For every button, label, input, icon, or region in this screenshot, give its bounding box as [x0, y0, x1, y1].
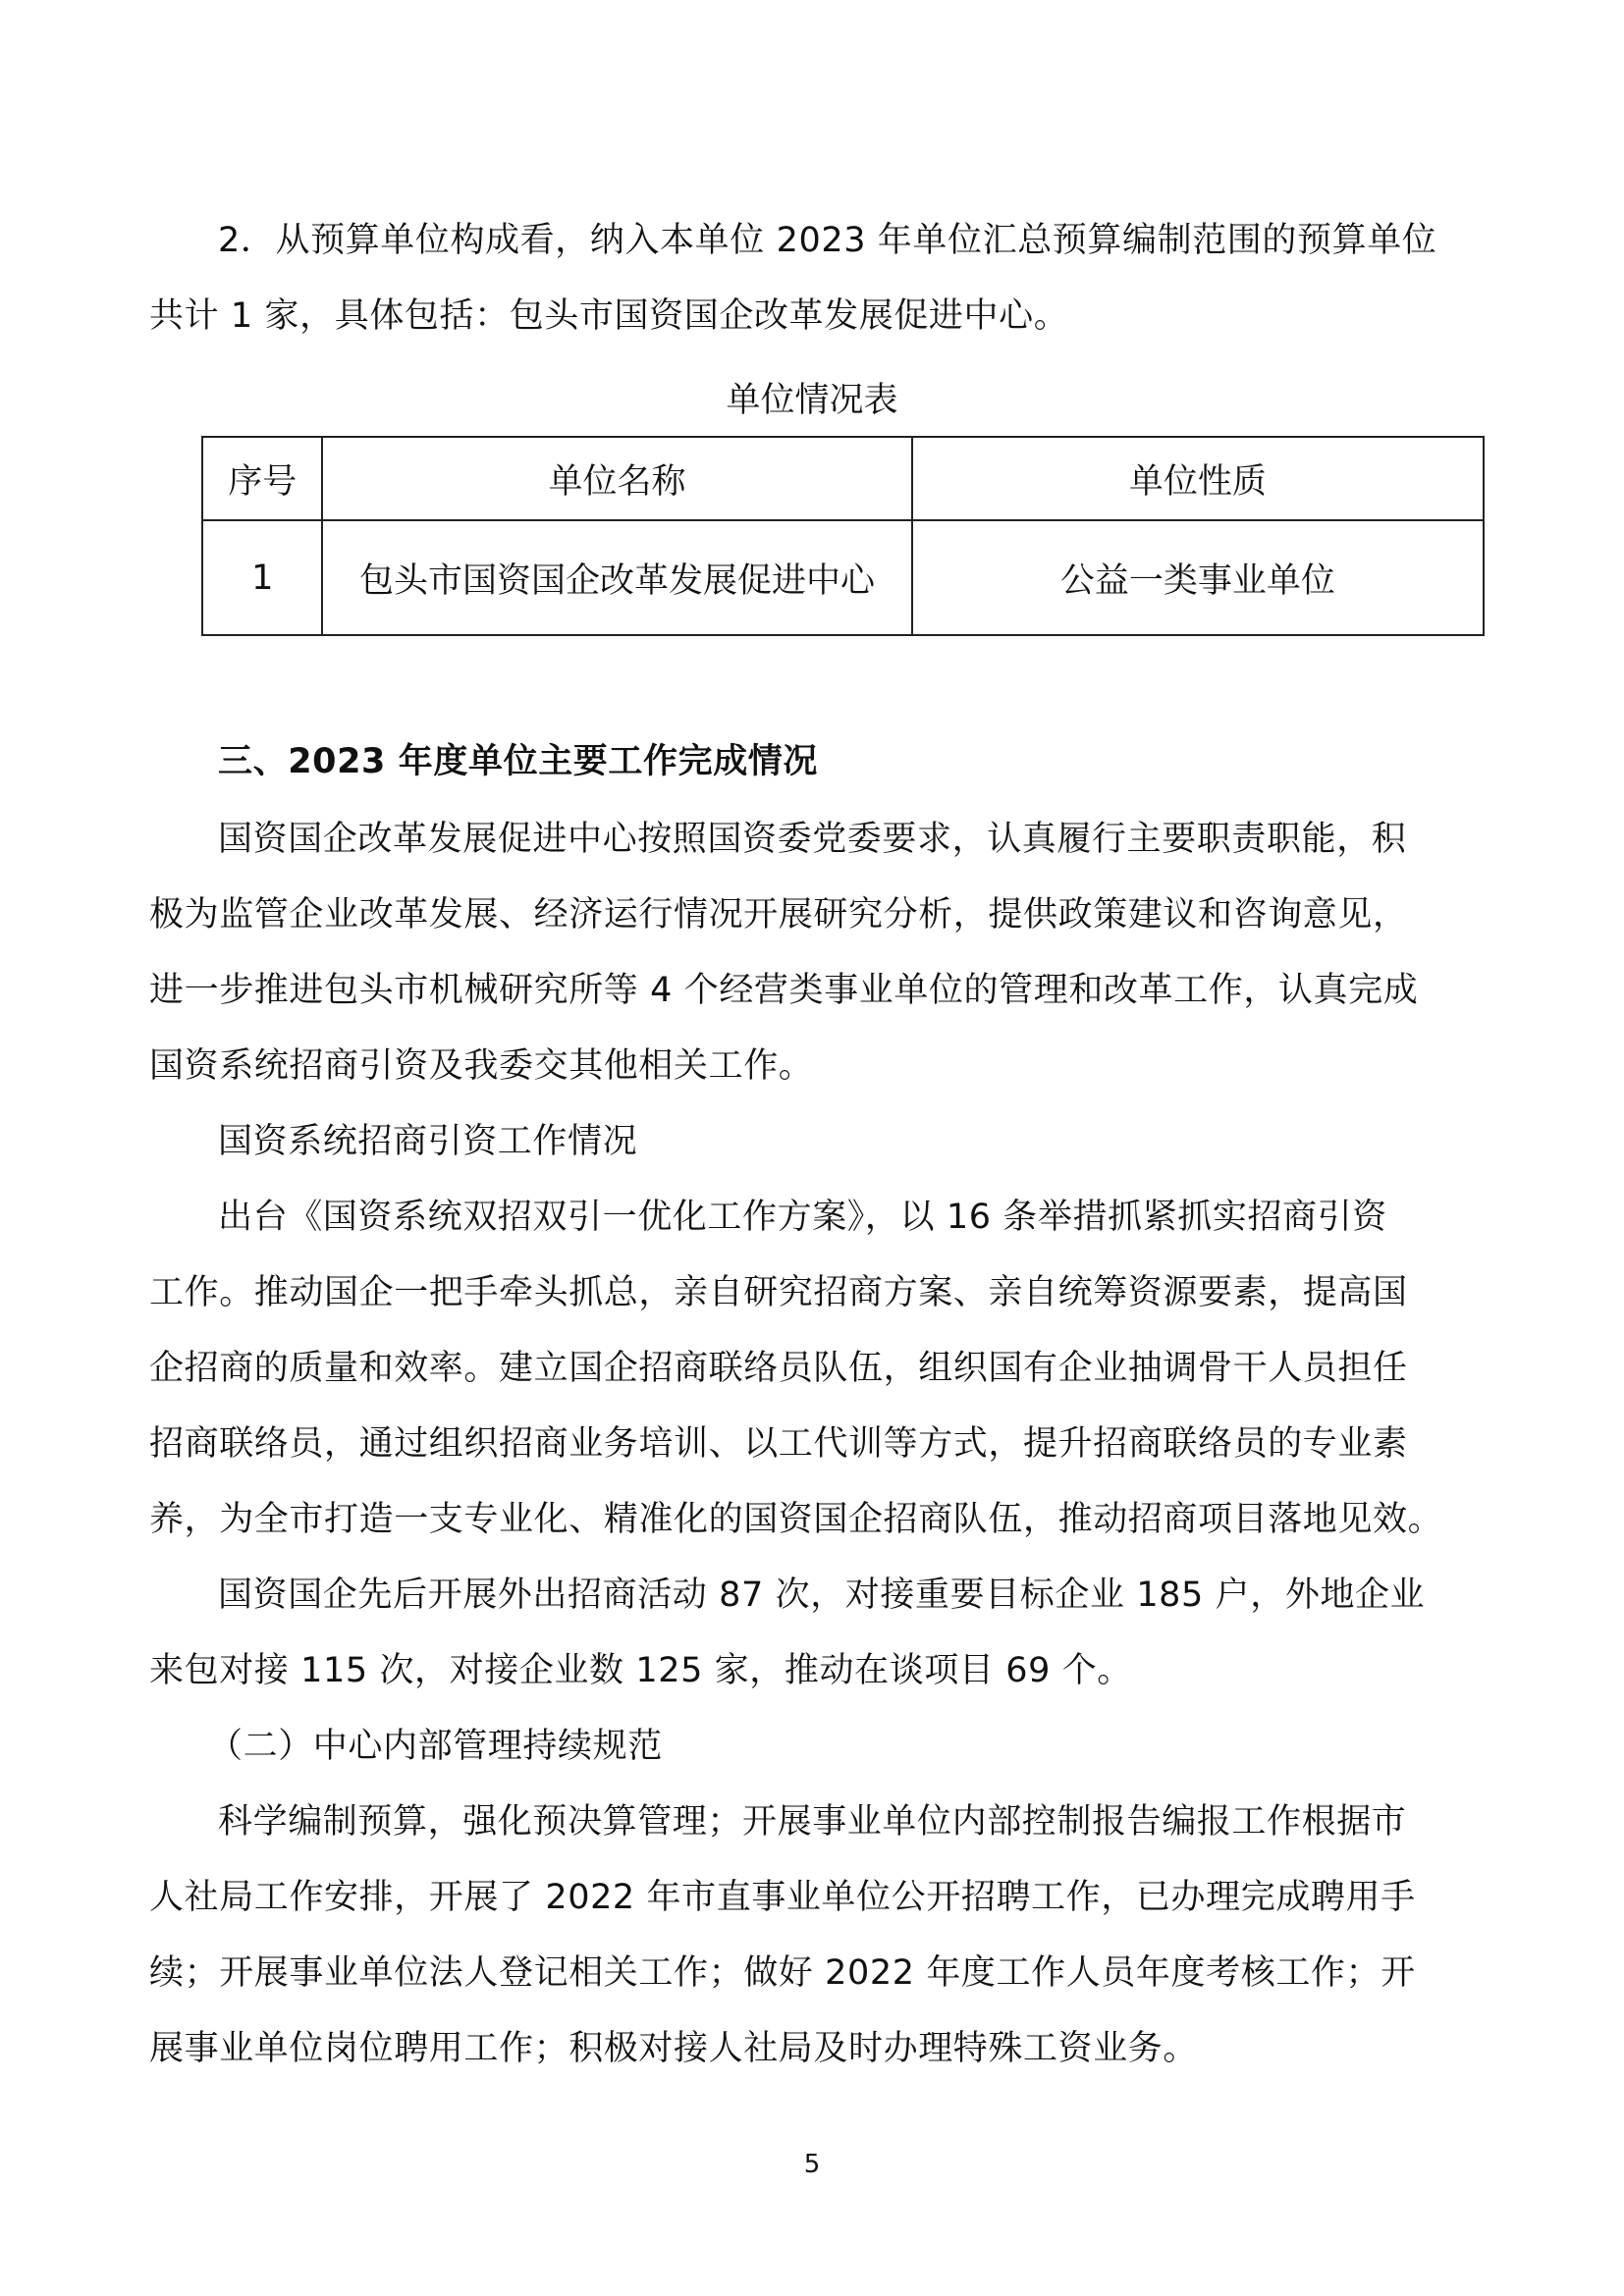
cell-unit-name: 包头市国资国企改革发展促进中心: [322, 520, 911, 635]
header-unit-name: 单位名称: [322, 437, 911, 520]
header-unit-nature: 单位性质: [912, 437, 1484, 520]
paragraph-line: 人社局工作安排，开展了 2022 年市直事业单位公开招聘工作，已办理完成聘用手: [149, 1878, 1485, 1917]
document-page: 2．从预算单位构成看，纳入本单位 2023 年单位汇总预算编制范围的预算单位 共…: [0, 0, 1624, 2296]
paragraph-line: 招商联络员，通过组织招商业务培训、以工代训等方式，提升招商联络员的专业素: [149, 1424, 1485, 1464]
paragraph-line: 科学编制预算，强化预决算管理；开展事业单位内部控制报告编报工作根据市: [218, 1802, 1553, 1842]
unit-info-table: 序号 单位名称 单位性质 1 包头市国资国企改革发展促进中心 公益一类事业单位: [201, 436, 1485, 636]
paragraph-line: 极为监管企业改革发展、经济运行情况开展研究分析，提供政策建议和咨询意见，: [149, 895, 1485, 934]
paragraph-line: 国资国企改革发展促进中心按照国资委党委要求，认真履行主要职责职能，积: [218, 820, 1553, 859]
section-heading: 三、2023 年度单位主要工作完成情况: [218, 742, 1553, 781]
table-header-row: 序号 单位名称 单位性质: [202, 437, 1484, 520]
paragraph-line: 展事业单位岗位聘用工作；积极对接人社局及时办理特殊工资业务。: [149, 2029, 1485, 2068]
subsection-title: 国资系统招商引资工作情况: [218, 1122, 1553, 1161]
paragraph-line: 2．从预算单位构成看，纳入本单位 2023 年单位汇总预算编制范围的预算单位: [218, 221, 1553, 260]
paragraph-line: 国资国企先后开展外出招商活动 87 次，对接重要目标企业 185 户，外地企业: [218, 1575, 1553, 1615]
paragraph-line: 来包对接 115 次，对接企业数 125 家，推动在谈项目 69 个。: [149, 1651, 1485, 1690]
cell-serial-number: 1: [202, 520, 322, 635]
paragraph-line: 企招商的质量和效率。建立国企招商联络员队伍，组织国有企业抽调骨干人员担任: [149, 1349, 1485, 1388]
paragraph-line: 养，为全市打造一支专业化、精准化的国资国企招商队伍，推动招商项目落地见效。: [149, 1500, 1485, 1539]
subsection-title: （二）中心内部管理持续规范: [208, 1727, 1543, 1766]
paragraph-line: 共计 1 家，具体包括：包头市国资国企改革发展促进中心。: [149, 296, 1485, 336]
table-caption: 单位情况表: [0, 381, 1624, 420]
table-row: 1 包头市国资国企改革发展促进中心 公益一类事业单位: [202, 520, 1484, 635]
page-number: 5: [0, 2150, 1624, 2179]
cell-unit-nature: 公益一类事业单位: [912, 520, 1484, 635]
paragraph-line: 出台《国资系统双招双引一优化工作方案》，以 16 条举措抓紧抓实招商引资: [218, 1198, 1553, 1237]
header-serial-number: 序号: [202, 437, 322, 520]
paragraph-line: 续；开展事业单位法人登记相关工作；做好 2022 年度工作人员年度考核工作；开: [149, 1953, 1485, 1993]
paragraph-line: 工作。推动国企一把手牵头抓总，亲自研究招商方案、亲自统筹资源要素，提高国: [149, 1273, 1485, 1312]
paragraph-line: 国资系统招商引资及我委交其他相关工作。: [149, 1046, 1485, 1086]
paragraph-line: 进一步推进包头市机械研究所等 4 个经营类事业单位的管理和改革工作，认真完成: [149, 971, 1485, 1010]
